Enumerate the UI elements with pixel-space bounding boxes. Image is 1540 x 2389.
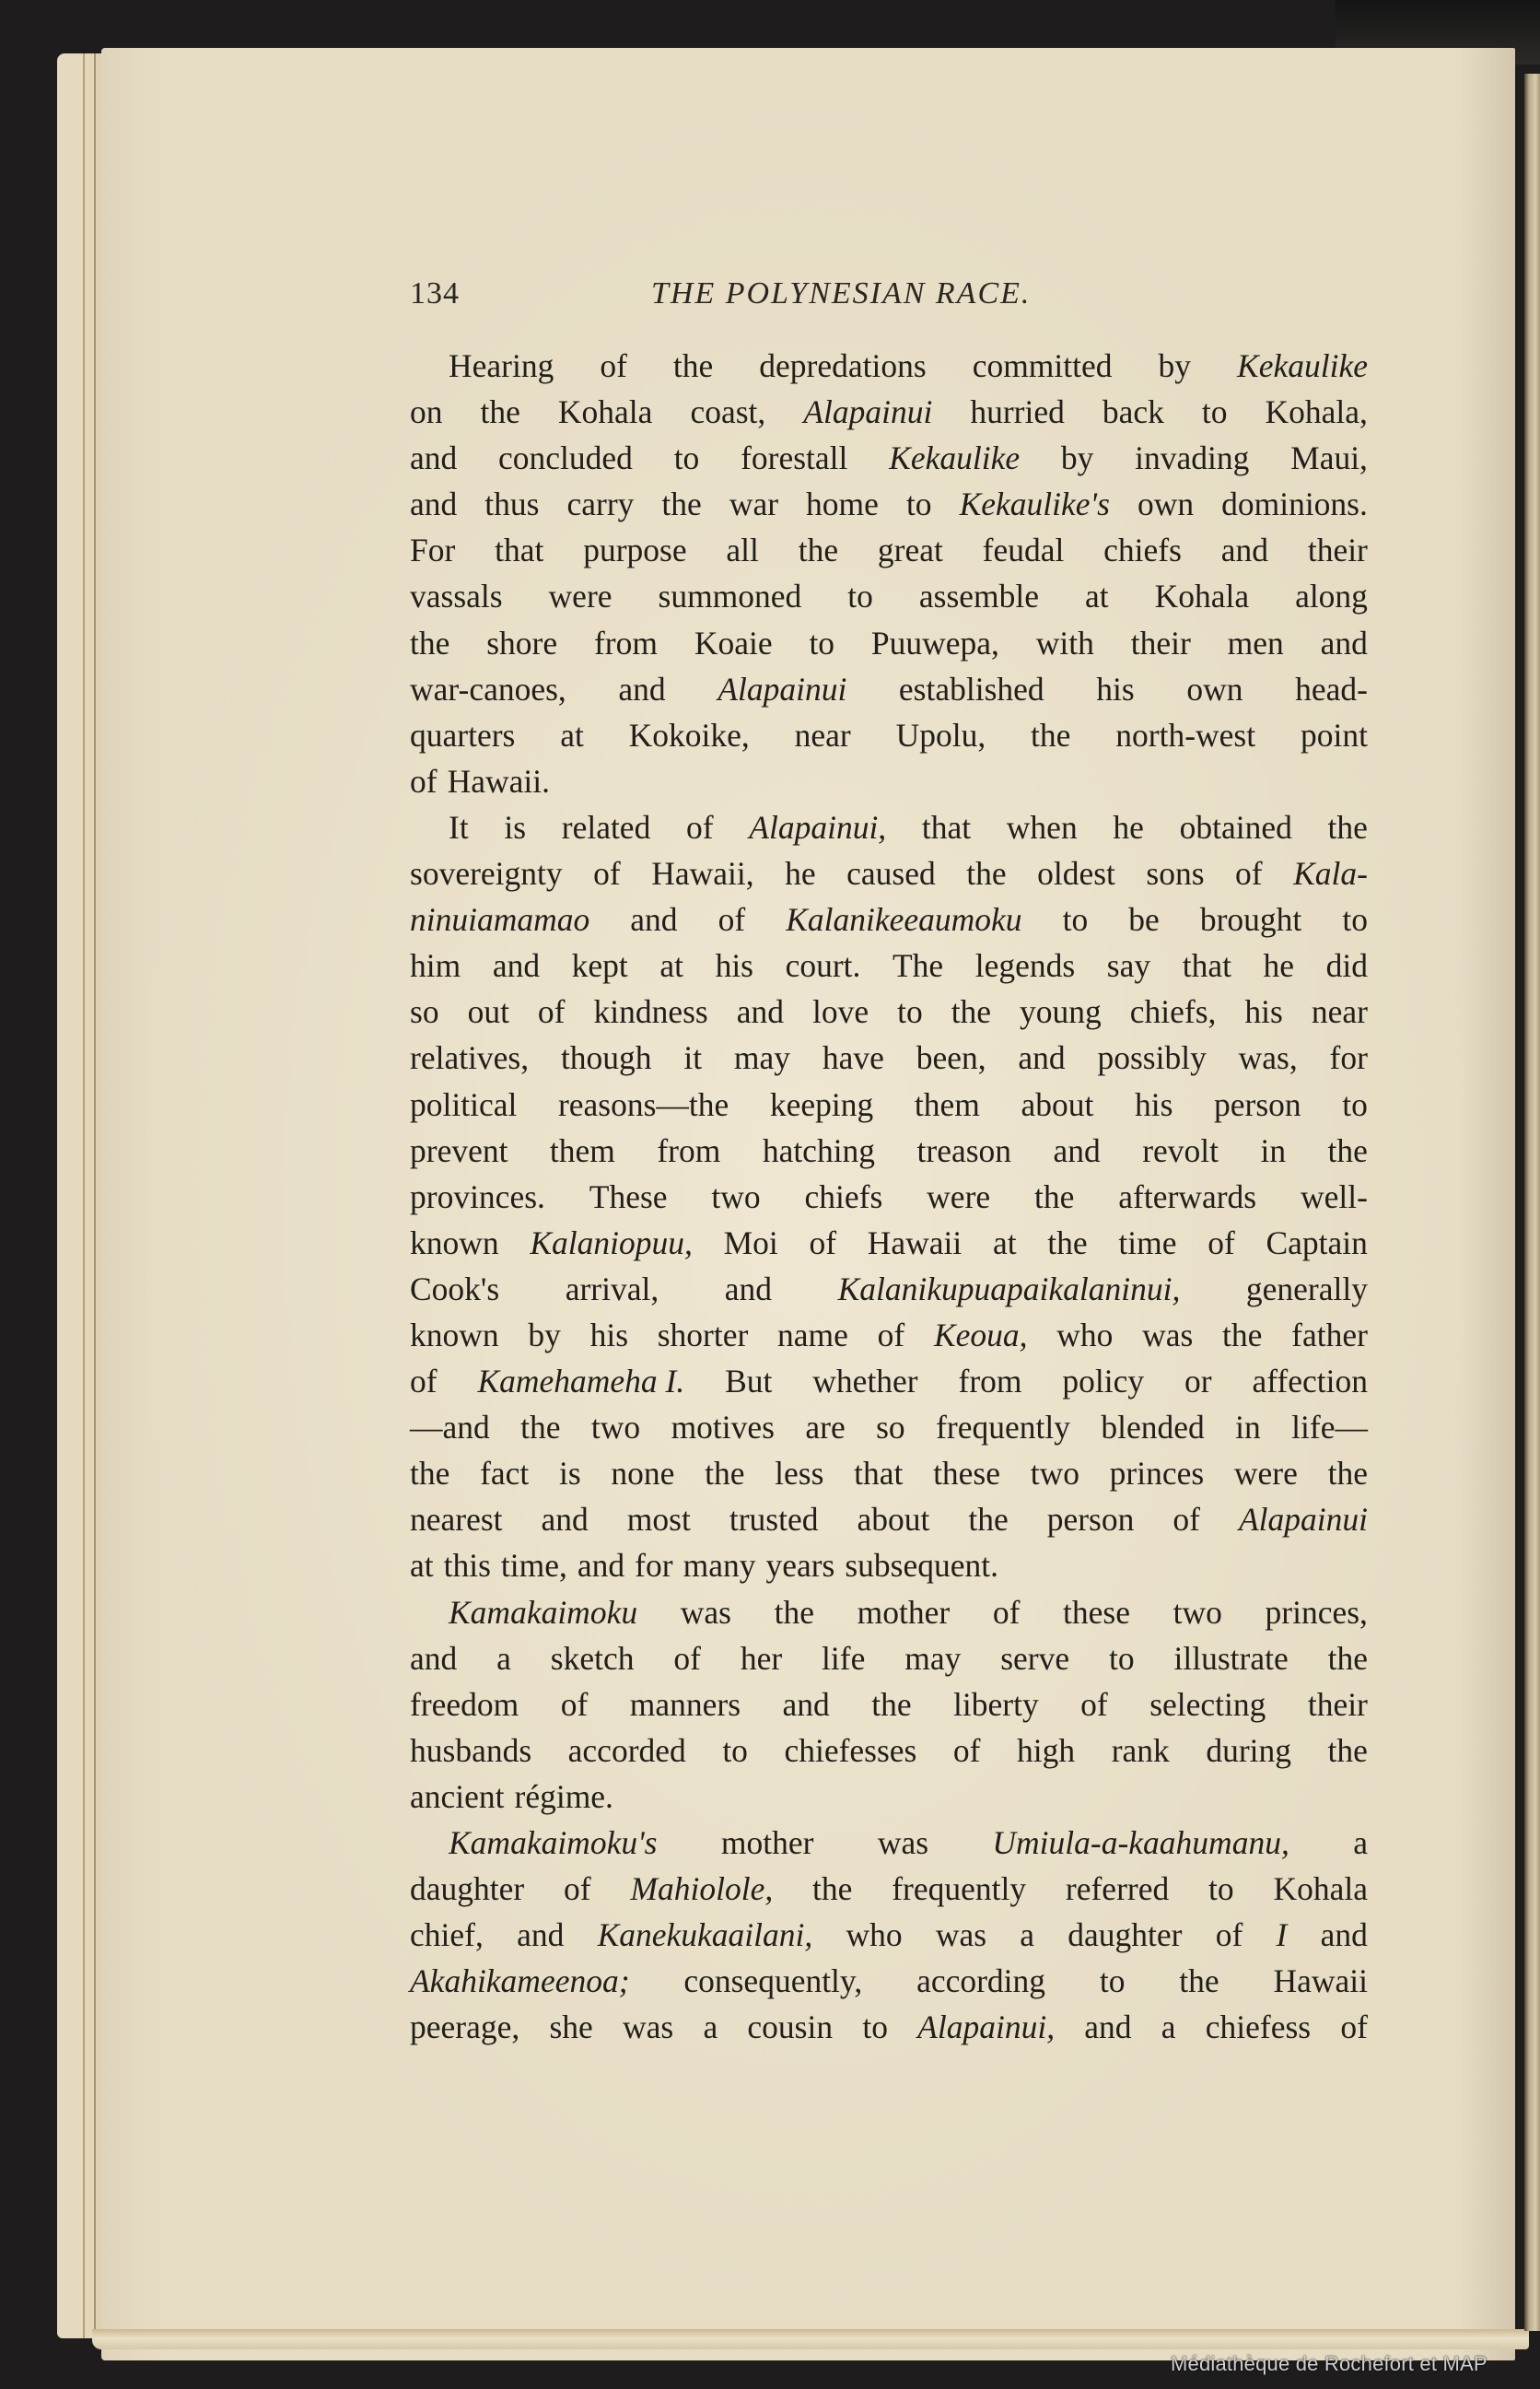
word: sketch [551,1635,635,1681]
word: fact [480,1450,529,1496]
word: Hearing [449,343,554,389]
word: or [1184,1358,1212,1404]
text-line: HearingofthedepredationscommittedbyKekau… [410,343,1368,389]
word: chiefs [1103,527,1182,573]
word: Cook's [410,1266,499,1312]
word: freedom [410,1681,519,1727]
word: his [1135,1082,1172,1128]
word: But [725,1358,772,1404]
word: provinces. [410,1174,545,1220]
word: subsequent. [845,1542,998,1588]
word: Hawaii [1273,1958,1368,2004]
word: it [683,1035,702,1081]
text-line: thefactisnonethelessthatthesetwoprincesw… [410,1450,1368,1496]
word: For [410,527,455,573]
word: kindness [593,989,707,1035]
italic-name: Kamehameha I. [477,1358,684,1404]
word: Kohala [1155,573,1250,619]
word: is [559,1450,581,1496]
watermark: Médiathèque de Rochefort et MAP [1171,2352,1487,2376]
word: was [878,1820,928,1866]
word: may [904,1635,961,1681]
word: affection [1252,1358,1368,1404]
text-line: peerage,shewasacousintoAlapainui,andachi… [410,2004,1368,2050]
word: of [993,1589,1021,1635]
word: the [1179,1958,1219,2004]
word: carry [566,481,634,527]
word: was [681,1589,731,1635]
word: of [1235,850,1263,896]
word: mother [857,1589,951,1635]
word: vassals [410,573,503,619]
word: purpose [583,527,686,573]
word: to [674,435,700,481]
word: possibly [1097,1035,1206,1081]
word: thus [484,481,539,527]
word: the [1328,1727,1368,1774]
word: daughter [1067,1912,1182,1958]
word: of [953,1727,981,1774]
word: all [726,527,758,573]
word: motives [671,1404,775,1450]
word: Moi [724,1220,778,1266]
word: a [496,1635,511,1681]
word: hatching [763,1128,875,1174]
word: at [1085,573,1109,619]
word: the [1034,1174,1074,1220]
word: illustrate [1174,1635,1289,1681]
italic-name: Alapainui [803,389,932,435]
italic-name: Alapainui [717,666,846,712]
word: a [1161,2004,1176,2050]
word: by [1061,435,1094,481]
word: and [1018,1035,1065,1081]
word: and [410,1635,457,1681]
word: and [725,1266,772,1312]
word: were [927,1174,990,1220]
word: and [1053,1128,1100,1174]
word: of [1172,1496,1200,1542]
word: from [657,1128,720,1174]
word: he [785,850,816,896]
word: Koaie [694,620,773,666]
word: forestall [741,435,847,481]
word: were [549,573,612,619]
word: point [1301,712,1368,758]
word: prevent [410,1128,507,1174]
word: the [520,1404,560,1450]
word: a [1020,1912,1034,1958]
text-line: Cook'sarrival,andKalanikupuapaikalaninui… [410,1266,1368,1312]
word: life— [1291,1404,1368,1450]
word: quarters [410,712,515,758]
word: did [1326,943,1368,989]
word: person [1214,1082,1301,1128]
text-line: vassalsweresummonedtoassembleatKohalaalo… [410,573,1368,619]
italic-name: Kamakaimoku [449,1589,637,1635]
word: less [775,1450,823,1496]
italic-name: Kamakaimoku's [449,1820,658,1866]
word: from [959,1358,1022,1404]
word: ancient [410,1774,505,1820]
word: husbands [410,1727,531,1774]
word: love [812,989,869,1035]
text-line: quartersatKokoike,nearUpolu,thenorth-wes… [410,712,1368,758]
word: the [481,389,520,435]
word: of [564,1866,591,1912]
word: was [1142,1312,1193,1358]
word: of [686,804,714,850]
page-number: 134 [410,276,460,311]
word: two [1031,1450,1079,1496]
word: and [1084,2004,1131,2050]
word: person [1047,1496,1135,1542]
word: his [590,1312,628,1358]
word: by [528,1312,561,1358]
page-header: 134 THE POLYNESIAN RACE. [410,276,1368,322]
running-head: THE POLYNESIAN RACE. [651,276,1031,311]
word: and [542,1496,589,1542]
word: to [906,481,932,527]
word: her [741,1635,782,1681]
word: mother [721,1820,814,1866]
word: sovereignty [410,850,563,896]
text-line: sovereigntyofHawaii,hecausedtheoldestson… [410,850,1368,896]
word: north-west [1115,712,1255,758]
word: them [550,1128,615,1174]
word: obtained [1180,804,1292,850]
word: the [1047,1220,1087,1266]
text-line: Kamakaimokuwasthemotherofthesetwoprinces… [410,1589,1368,1635]
word: home [806,481,879,527]
italic-name: Alapainui [1239,1496,1368,1542]
word: to [847,573,873,619]
word: in [1260,1128,1286,1174]
word: to [862,2004,888,2050]
text-line: preventthemfromhatchingtreasonandrevolti… [410,1128,1368,1174]
word: of [718,896,746,943]
word: life [822,1635,865,1681]
word: Kohala, [1266,389,1368,435]
word: the [673,343,713,389]
word: hurried [970,389,1065,435]
italic-name: Mahiolole, [630,1866,773,1912]
word: rank [1112,1727,1170,1774]
word: kept [572,943,628,989]
word: own [1186,666,1242,712]
word: These [589,1174,668,1220]
text-line: andasketchofherlifemayservetoillustratet… [410,1635,1368,1681]
word: chief, [410,1912,484,1958]
word: dominions. [1221,481,1368,527]
word: Captain [1266,1220,1367,1266]
word: of [593,850,621,896]
word: by [1159,343,1192,389]
text-line: freedomofmannersandthelibertyofselecting… [410,1681,1368,1727]
word: the [661,481,701,527]
word: at [560,712,584,758]
word: a [703,2004,717,2050]
text-line: chief,andKanekukaailani,whowasadaughtero… [410,1912,1368,1958]
word: consequently, [683,1958,862,2004]
word: political [410,1082,517,1128]
word: high [1017,1727,1075,1774]
text-line: knownKalaniopuu,MoiofHawaiiatthetimeofCa… [410,1220,1368,1266]
word: in [1235,1404,1261,1450]
word: of [1207,1220,1235,1266]
word: and [517,1912,564,1958]
word: along [1295,573,1368,619]
word: known [410,1312,499,1358]
word: relatives, [410,1035,529,1081]
word: near [1312,989,1368,1035]
word: to [1063,896,1089,943]
word: Maui, [1290,435,1368,481]
word: his [1244,989,1282,1035]
word: a [1353,1820,1368,1866]
word: the [775,1589,814,1635]
word: treason [917,1128,1012,1174]
word: peerage, [410,2004,519,2050]
word: Hawaii, [651,850,753,896]
word: the [1222,1312,1262,1358]
italic-name: Umiula-a-kaahumanu, [992,1820,1289,1866]
text-line: theshorefromKoaietoPuuwepa,withtheirmena… [410,620,1368,666]
italic-name: Kalanikupuapaikalaninui, [838,1266,1181,1312]
word: are [805,1404,845,1450]
italic-name: Alapainui, [749,804,886,850]
word: —and [410,1404,490,1450]
word: of [1080,1681,1108,1727]
word: that [922,804,971,850]
word: and [410,435,457,481]
word: accorded [568,1727,686,1774]
word: many [683,1542,756,1588]
word: The [892,943,943,989]
word: and [618,666,665,712]
word: of [809,1220,836,1266]
word: shorter [658,1312,749,1358]
word: reasons—the [558,1082,729,1128]
word: young [1020,989,1102,1035]
word: Upolu, [896,712,986,758]
text-line: ancientrégime. [410,1774,1368,1820]
word: for [635,1542,672,1588]
word: about [1021,1082,1094,1128]
italic-name: I [1277,1912,1288,1958]
word: trusted [729,1496,819,1542]
word: the [1328,1635,1368,1681]
word: well- [1301,1174,1368,1220]
word: this [444,1542,491,1588]
word: head- [1295,666,1368,712]
italic-name: Kekaulike [1237,343,1368,389]
word: princes [1110,1450,1205,1496]
word: related [562,804,651,850]
word: out [468,989,509,1035]
word: brought [1200,896,1301,943]
word: policy [1062,1358,1144,1404]
word: manners [630,1681,741,1727]
word: at [659,943,683,989]
word: Kokoike, [629,712,750,758]
word: near [795,712,851,758]
italic-name: Kekaulike's [960,481,1110,527]
word: blended [1101,1404,1204,1450]
word: none [611,1450,674,1496]
word: of [410,1358,437,1404]
word: two [711,1174,760,1220]
text-line: ontheKohalacoast,AlapainuihurriedbacktoK… [410,389,1368,435]
italic-name: Kalaniopuu, [530,1220,693,1266]
word: the [705,1450,744,1496]
word: their [1131,620,1191,666]
word: may [734,1035,790,1081]
word: two [1173,1589,1222,1635]
text-line: andthuscarrythewarhometoKekaulike'sowndo… [410,481,1368,527]
italic-name: Akahikameenoa; [410,1958,630,2004]
text-line: Kamakaimoku'smotherwasUmiula-a-kaahumanu… [410,1820,1368,1866]
word: court. [786,943,861,989]
word: and [1321,620,1368,666]
word: generally [1246,1266,1368,1312]
word: Kohala [1273,1866,1368,1912]
word: from [594,620,658,666]
word: the [812,1866,852,1912]
word: two [591,1404,640,1450]
word: of [410,758,437,804]
word: the [871,1681,911,1727]
word: and [1321,1912,1368,1958]
word: on [410,389,443,435]
page-stack-edge [57,53,105,2338]
word: referred [1066,1866,1169,1912]
word: depredations [759,343,926,389]
italic-name: Kalanikeeaumoku [786,896,1021,943]
word: them [915,1082,980,1128]
word: according [916,1958,1045,2004]
word: for [1330,1035,1368,1081]
word: to [1342,1082,1368,1128]
italic-name: Kanekukaailani, [598,1912,813,1958]
text-line: sooutofkindnessandlovetotheyoungchiefs,h… [410,989,1368,1035]
word: and [493,943,540,989]
word: been, [916,1035,986,1081]
word: princes, [1266,1589,1368,1635]
word: the [1328,804,1368,850]
word: at [410,1542,434,1588]
word: chiefesses [784,1727,916,1774]
word: war-canoes, [410,666,566,712]
text-line: war-canoes,andAlapainuiestablishedhisown… [410,666,1368,712]
text-line: knownbyhisshorternameofKeoua,whowasthefa… [410,1312,1368,1358]
word: daughter [410,1866,524,1912]
word: coast, [690,389,765,435]
word: the [1031,712,1070,758]
word: and [630,896,677,943]
word: Puuwepa, [871,620,999,666]
word: to [1202,389,1228,435]
text-line: atthistime,andformanyyearssubsequent. [410,1542,1368,1588]
word: who [846,1912,902,1958]
word: the [799,527,838,573]
word: were [1234,1450,1298,1496]
word: arrival, [566,1266,659,1312]
word: be [1128,896,1160,943]
word: and [737,989,784,1035]
word: oldest [1037,850,1115,896]
word: and [410,481,457,527]
word: It [449,804,469,850]
word: have [822,1035,884,1081]
word: with [1036,620,1094,666]
word: the [968,1496,1008,1542]
word: caused [846,850,936,896]
italic-name: Alapainui, [917,2004,1055,2050]
word: his [716,943,753,989]
word: to [809,620,834,666]
word: about [857,1496,929,1542]
word: afterwards [1118,1174,1256,1220]
italic-name: Kala- [1293,850,1368,896]
word: chiefess [1206,2004,1311,2050]
text-line: provinces.Thesetwochiefsweretheafterward… [410,1174,1368,1220]
word: years [765,1542,834,1588]
text-line: himandkeptathiscourt.Thelegendssaythathe… [410,943,1368,989]
word: the [410,1450,449,1496]
word: the [410,620,449,666]
word: was [936,1912,986,1958]
word: war [729,481,778,527]
word: régime. [515,1774,613,1820]
word: committed [973,343,1113,389]
word: selecting [1149,1681,1266,1727]
word: was [623,2004,673,2050]
word: and [782,1681,829,1727]
word: so [876,1404,905,1450]
word: she [549,2004,592,2050]
word: revolt [1142,1128,1219,1174]
word: during [1206,1727,1291,1774]
word: at [993,1220,1017,1266]
word: these [1063,1589,1130,1635]
text-line: relatives,thoughitmayhavebeen,andpossibl… [410,1035,1368,1081]
word: so [410,989,439,1035]
text-line: andconcludedtoforestallKekaulikebyinvadi… [410,435,1368,481]
word: father [1291,1312,1368,1358]
text-line: ofKamehameha I.Butwhetherfrompolicyoraff… [410,1358,1368,1404]
word: frequently [936,1404,1070,1450]
word: legends [975,943,1075,989]
word: sons [1146,850,1204,896]
word: the [966,850,1006,896]
word: that [1183,943,1231,989]
text-line: nearestandmosttrustedaboutthepersonofAla… [410,1496,1368,1542]
word: of [561,1681,589,1727]
word: to [1342,896,1368,943]
word: assemble [919,573,1039,619]
word: the [1328,1450,1368,1496]
italic-name: Keoua, [934,1312,1028,1358]
word: he [1113,804,1144,850]
word: own [1137,481,1194,527]
word: of [878,1312,905,1358]
text-line: daughterofMahiolole,thefrequentlyreferre… [410,1866,1368,1912]
word: to [1100,1958,1126,2004]
word: of [673,1635,701,1681]
word: and [577,1542,624,1588]
word: Hawaii [868,1220,962,1266]
